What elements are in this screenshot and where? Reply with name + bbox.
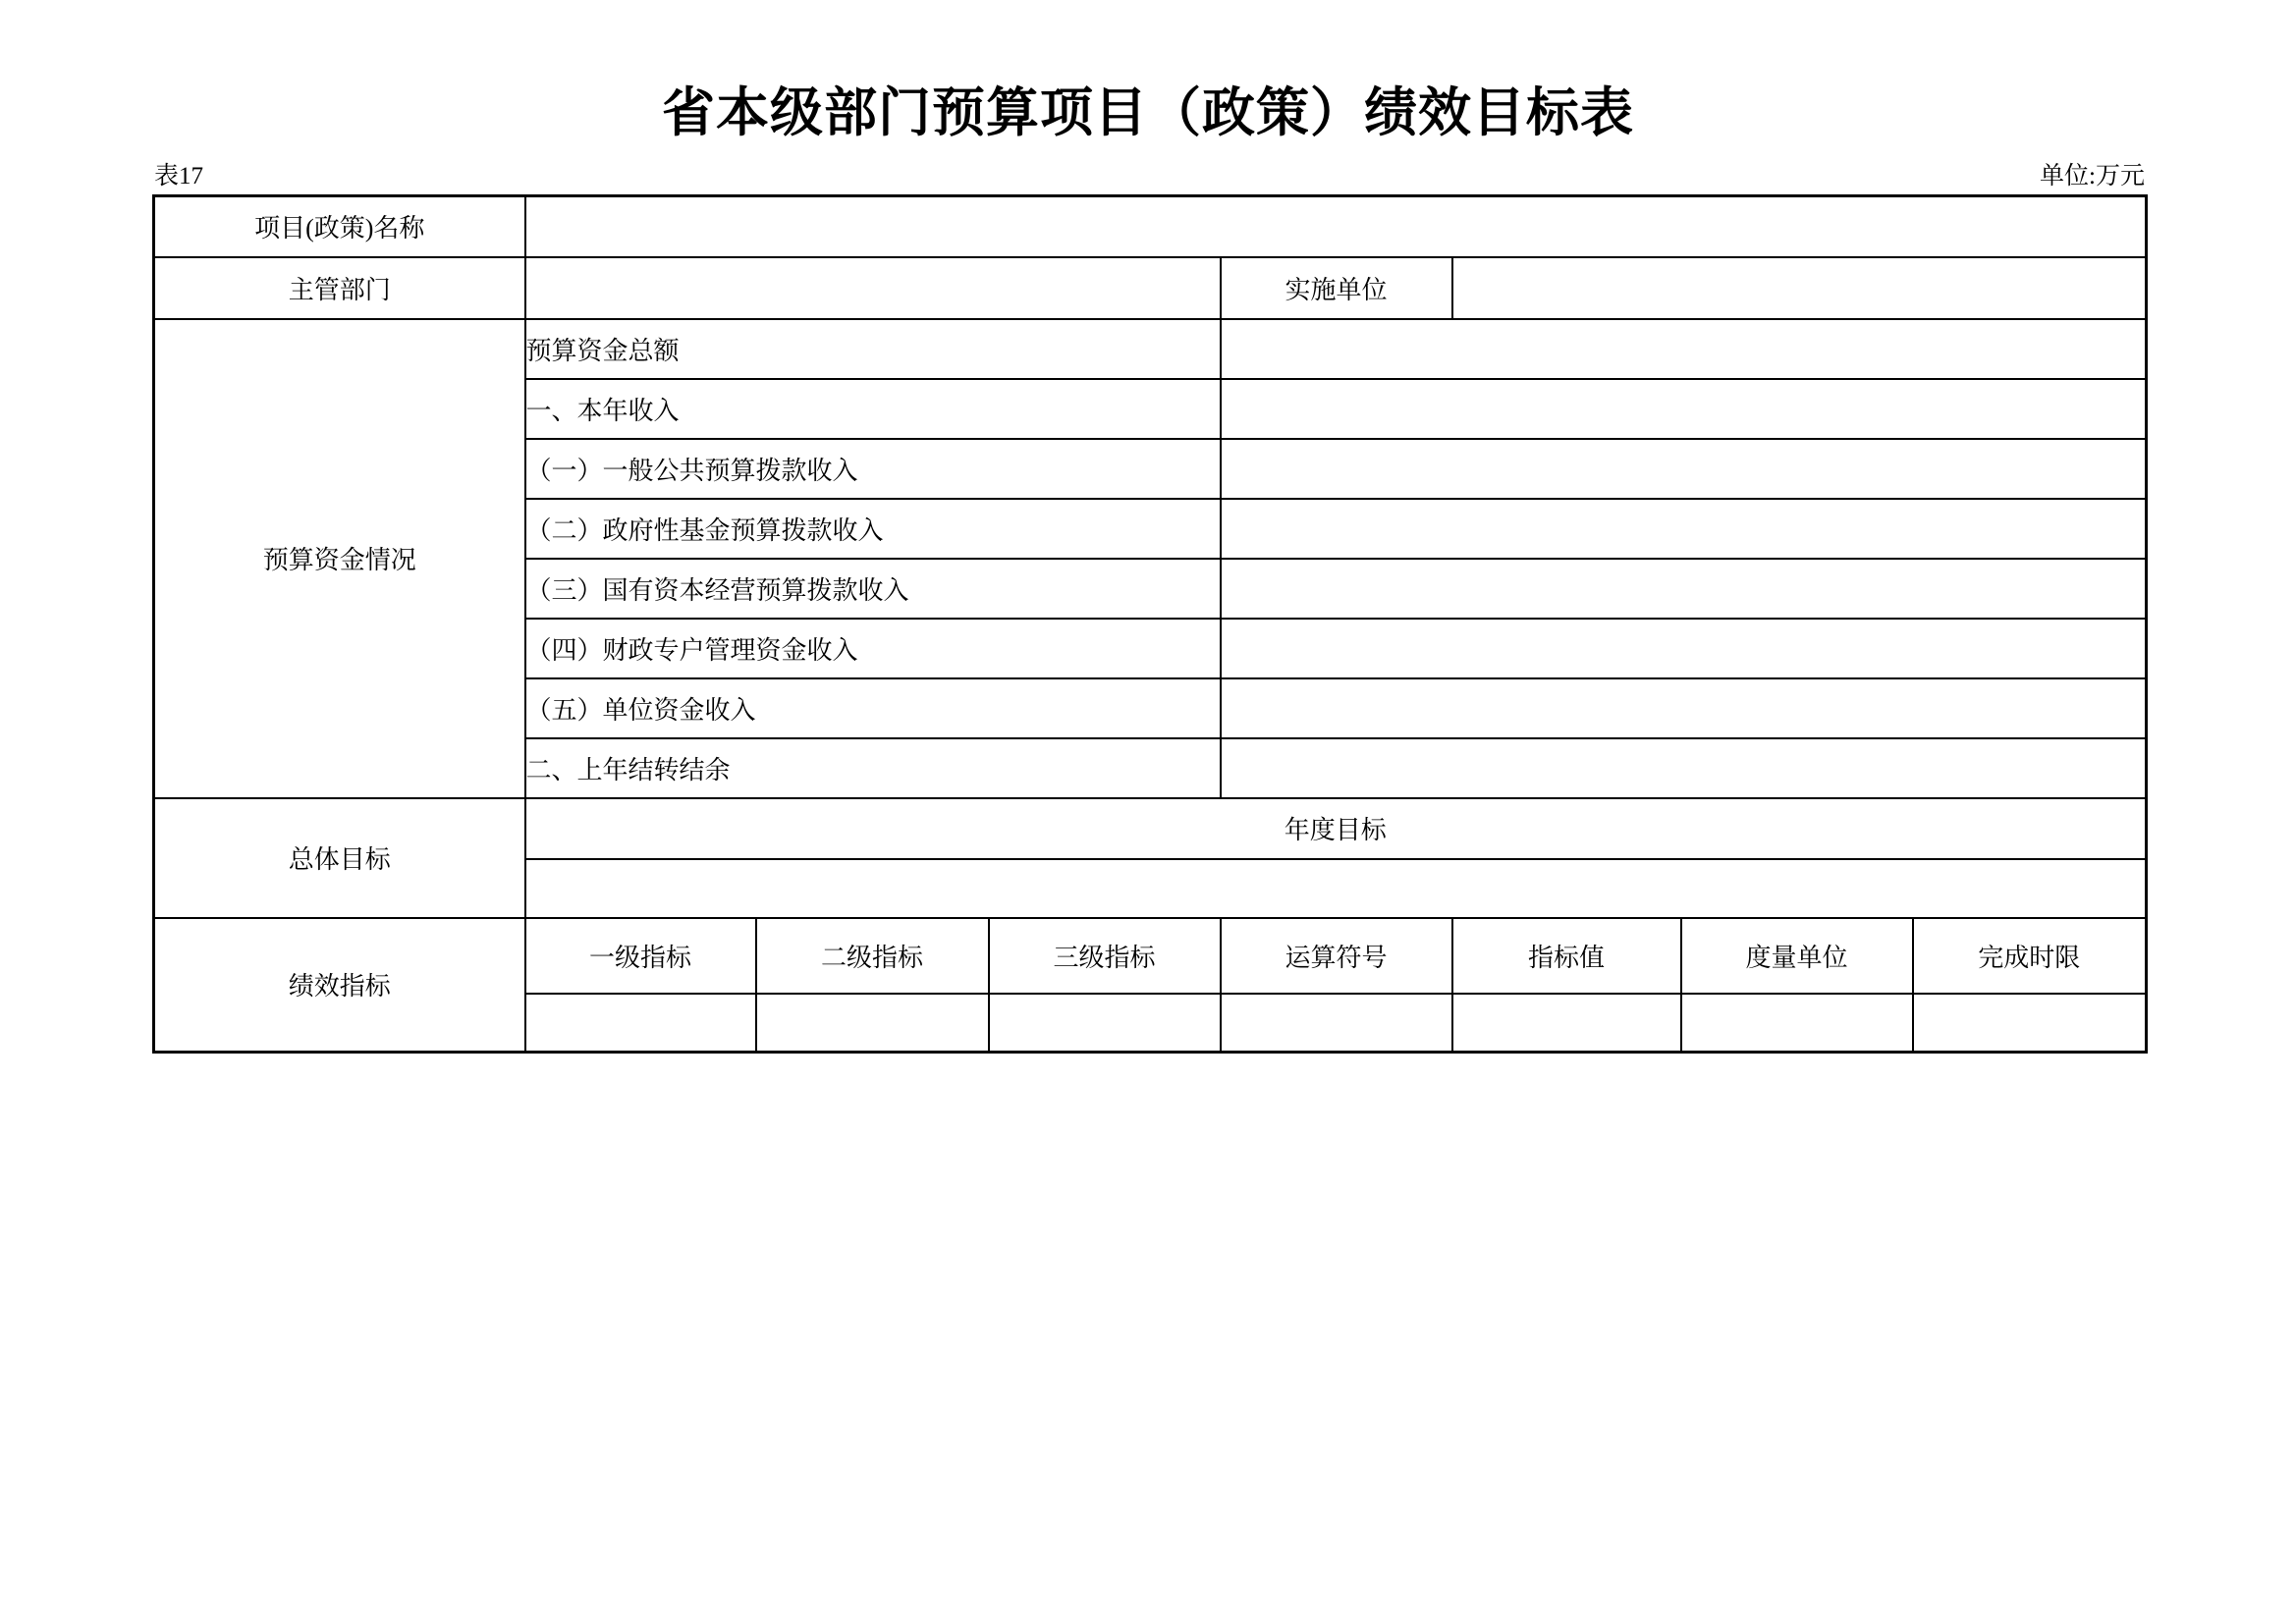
- table-meta-row: 表17 单位:万元: [154, 161, 2145, 192]
- budget-item-name: 二、上年结转结余: [525, 738, 1221, 798]
- budget-item-value-cell: [1221, 319, 2147, 379]
- indicator-cell-deadline: [1913, 994, 2147, 1053]
- budget-item-name: （五）单位资金收入: [525, 678, 1221, 738]
- implementing-unit-value-cell: [1452, 257, 2147, 319]
- document-page: 省本级部门预算项目（政策）绩效目标表 表17 单位:万元 项目(政策)名称 主管…: [0, 0, 2296, 1623]
- annual-goal-content-cell: [525, 859, 2147, 918]
- annual-goal-header: 年度目标: [525, 798, 2147, 859]
- budget-item-name: （一）一般公共预算拨款收入: [525, 439, 1221, 499]
- indicator-cell-operator: [1221, 994, 1452, 1053]
- unit-note-label: 单位:万元: [2040, 161, 2145, 192]
- project-name-value-cell: [525, 196, 2147, 257]
- table-number-label: 表17: [154, 161, 203, 192]
- indicator-cell-level2: [756, 994, 989, 1053]
- overall-goal-section-label: 总体目标: [154, 798, 525, 918]
- table-row: 主管部门 实施单位: [154, 257, 2147, 319]
- budget-item-value-cell: [1221, 499, 2147, 559]
- indicator-header-unit: 度量单位: [1681, 918, 1913, 994]
- implementing-unit-label: 实施单位: [1221, 257, 1452, 319]
- table-row: 总体目标 年度目标: [154, 798, 2147, 859]
- indicator-cell-level3: [989, 994, 1221, 1053]
- budget-item-value-cell: [1221, 379, 2147, 439]
- supervisor-dept-value-cell: [525, 257, 1221, 319]
- budget-item-value-cell: [1221, 439, 2147, 499]
- budget-item-name: （二）政府性基金预算拨款收入: [525, 499, 1221, 559]
- budget-item-value-cell: [1221, 678, 2147, 738]
- indicators-section-label: 绩效指标: [154, 918, 525, 1053]
- page-title: 省本级部门预算项目（政策）绩效目标表: [0, 82, 2296, 143]
- indicator-header-value: 指标值: [1452, 918, 1681, 994]
- table-row: 预算资金情况 预算资金总额: [154, 319, 2147, 379]
- table-row: 项目(政策)名称: [154, 196, 2147, 257]
- indicator-header-deadline: 完成时限: [1913, 918, 2147, 994]
- budget-item-value-cell: [1221, 738, 2147, 798]
- budget-item-value-cell: [1221, 559, 2147, 619]
- indicator-header-level1: 一级指标: [525, 918, 756, 994]
- project-name-label: 项目(政策)名称: [154, 196, 525, 257]
- budget-item-name: （四）财政专户管理资金收入: [525, 619, 1221, 678]
- indicator-cell-value: [1452, 994, 1681, 1053]
- budget-item-name: （三）国有资本经营预算拨款收入: [525, 559, 1221, 619]
- budget-item-name: 预算资金总额: [525, 319, 1221, 379]
- budget-item-value-cell: [1221, 619, 2147, 678]
- indicator-header-level3: 三级指标: [989, 918, 1221, 994]
- indicator-cell-level1: [525, 994, 756, 1053]
- supervisor-dept-label: 主管部门: [154, 257, 525, 319]
- indicator-header-operator: 运算符号: [1221, 918, 1452, 994]
- table-row: 绩效指标 一级指标 二级指标 三级指标 运算符号 指标值 度量单位 完成时限: [154, 918, 2147, 994]
- indicator-header-level2: 二级指标: [756, 918, 989, 994]
- budget-item-name: 一、本年收入: [525, 379, 1221, 439]
- indicator-cell-unit: [1681, 994, 1913, 1053]
- budget-section-label: 预算资金情况: [154, 319, 525, 798]
- performance-target-table: 项目(政策)名称 主管部门 实施单位 预算资金情况 预算资金总额 一、本年收入 …: [152, 194, 2148, 1054]
